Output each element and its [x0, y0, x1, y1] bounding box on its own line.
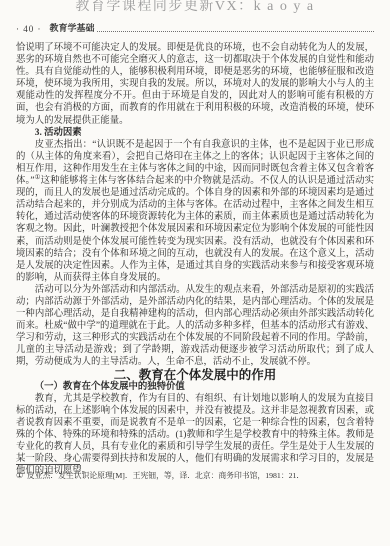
book-title: 教育学基础: [50, 21, 95, 34]
header-rule: [97, 30, 374, 32]
section-title: 二、教育在个体发展中的作用: [16, 369, 374, 381]
paragraph-piaget: 皮亚杰指出：“认识既不是起因于一个有自我意识的主体，也不是起因于业已形成的（从主…: [16, 139, 374, 284]
page-number: · 40 ·: [16, 24, 42, 34]
paragraph-environment: 恰说明了环境不可能决定人的发展。即便是优良的环境，也不会自动转化为人的发展，恶劣…: [16, 42, 374, 127]
page-body: 恰说明了环境不可能决定人的发展。即便是优良的环境，也不会自动转化为人的发展，恶劣…: [0, 42, 390, 477]
paragraph-piaget-text-2: 这种能够将主体与客体结合起来的中介物就是活动。不仅人的认识是通过活动实现的，而且…: [16, 176, 374, 283]
footnote-divider: [16, 464, 80, 465]
footnote: ①皮亚杰．发生认识论原理[M]．王宪钿，等，译．北京：商务印书馆，1981：21…: [16, 471, 374, 481]
page-header: · 40 · 教育学基础: [0, 21, 390, 34]
book-page: 教育学课程同步更新VX：k a o y a · 40 · 教育学基础 恰说明了环…: [0, 0, 390, 546]
watermark-text: 教育学课程同步更新VX：k a o y a: [0, 0, 390, 15]
footnote-marker: ①: [16, 471, 23, 480]
subsection-title: （一）教育在个体发展中的独特价值: [16, 381, 374, 393]
footnote-text: 皮亚杰．发生认识论原理[M]．王宪钿，等，译．北京：商务印书馆，1981：21．: [27, 471, 304, 480]
footnote-area: ①皮亚杰．发生认识论原理[M]．王宪钿，等，译．北京：商务印书馆，1981：21…: [16, 464, 374, 481]
heading-activity-factor: 3. 活动因素: [16, 127, 374, 139]
paragraph-activity-types: 活动可以分为外部活动和内部活动。从发生的观点来看，外部活动是原初的实践活动；内部…: [16, 284, 374, 369]
